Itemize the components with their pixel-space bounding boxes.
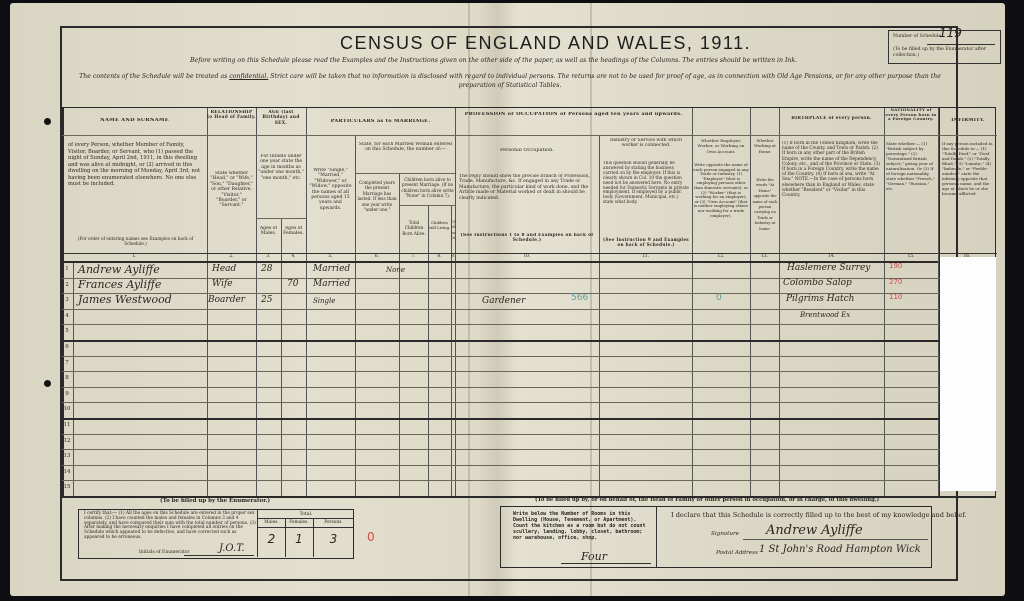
children-total: None [386,266,405,274]
signature-label: Signature [711,531,739,537]
row-number: 9 [62,391,72,397]
marital-status: Married [313,279,350,289]
employer-code: 0 [716,293,722,303]
certify-text: I certify that:— (1) All the ages on thi… [84,512,256,541]
rooms-instruction: Write below the Number of Rooms in this … [513,511,653,541]
row-number: 4 [62,313,72,319]
total-males: 2 [258,532,285,546]
address-label: Postal Address [716,550,758,556]
redacted-area [940,257,996,491]
row-number: 10 [62,406,72,412]
row-number: 12 [62,438,72,444]
birthplace: Pilgrims Hatch [786,294,854,304]
initials-label: Initials of Enumerator [139,550,190,555]
row-number: 1 [62,266,72,272]
punch-hole [44,118,51,125]
subtitle: Before writing on this Schedule please r… [190,57,797,64]
birthplace-continued: Brentwood Ex [800,311,850,319]
number-of-rooms: Four [581,550,607,563]
person-name: James Westwood [78,293,172,306]
enumerator-note: (To be filled up by the Enumerator.) [160,498,270,504]
age-male: 25 [261,295,272,305]
declaration-text: I declare that this Schedule is correctl… [671,511,967,519]
row-number: 7 [62,360,72,366]
head-of-family-note: (To be filled up by, or on behalf of, th… [535,497,879,503]
schedule-number: 119 [939,31,962,37]
age-male: 28 [261,264,272,274]
occupation-code: 566 [571,293,588,303]
signature: Andrew Ayliffe [766,523,863,538]
declaration-box: Write below the Number of Rooms in this … [500,506,932,568]
census-rows: 1 2 3 4 5 6 7 8 9 10 11 12 13 14 15 [62,262,996,496]
row-number: 3 [62,297,72,303]
totals-box: Total. Males. Females. Persons. 2 1 3 [257,510,353,557]
relationship: Boarder [208,295,245,305]
row-number: 13 [62,453,72,459]
row-number: 8 [62,375,72,381]
punch-hole [44,380,51,387]
total-females: 1 [285,532,313,546]
row-number: 15 [62,484,72,490]
enumerator-certificate: I certify that:— (1) All the ages on thi… [78,509,354,559]
birthplace: Haslemere Surrey [787,263,870,273]
row-number: 14 [62,469,72,475]
age-female: 70 [287,279,298,289]
confidentiality-notice: The contents of the Schedule will be tre… [70,72,950,90]
schedule-number-box: Number of Schedule 119 (To be filled up … [888,30,1001,64]
enumerator-initials: J.O.T. [219,543,245,554]
column-numbers: 1. 2. 3. 4. 5. 6. 7. 8. 9. 10. 11. 12. 1… [62,107,997,267]
row-number: 2 [62,282,72,288]
relationship: Wife [212,279,233,289]
row-number: 5 [62,328,72,334]
row-number: 6 [62,344,72,350]
row-number: 11 [62,422,72,428]
relationship: Head [212,264,236,274]
schedule-number-label: Number of Schedule [893,34,941,39]
postal-address: 1 St John's Road Hampton Wick [759,544,921,555]
person-name: Andrew Ayliffe [78,263,160,276]
page-title: CENSUS OF ENGLAND AND WALES, 1911. [340,33,751,54]
birthplace-code: 110 [889,293,902,301]
total-persons: 3 [313,532,354,546]
schedule-number-note: (To be filled up by the Enumerator after… [893,47,997,58]
marital-status: Single [313,297,335,305]
red-annotation: 0 [367,530,375,544]
birthplace-code: 270 [889,278,902,286]
person-name: Frances Ayliffe [78,278,161,291]
birthplace: Colombo Salop [783,278,852,288]
occupation: Gardener [482,296,525,306]
birthplace-code: 190 [889,262,902,270]
marital-status: Married [313,264,350,274]
